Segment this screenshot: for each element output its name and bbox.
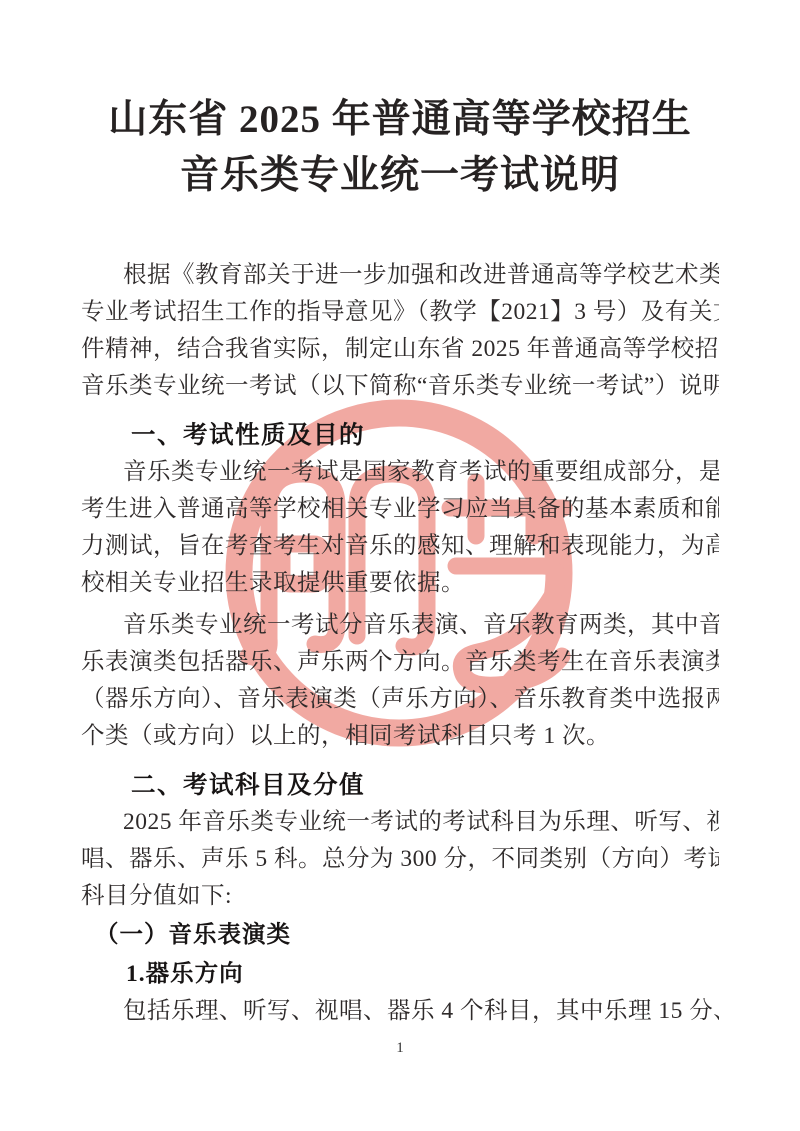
section-heading: 一、考试性质及目的 — [81, 417, 719, 454]
paragraph-line: 音乐类专业统一考试分音乐表演、音乐教育两类，其中音 — [81, 607, 719, 644]
paragraph-line: 校相关专业招生录取提供重要依据。 — [81, 565, 719, 602]
paragraph-line: 乐表演类包括器乐、声乐两个方向。音乐类考生在音乐表演类 — [81, 644, 719, 681]
paragraph-line: 科目分值如下: — [81, 878, 719, 915]
page-number: 1 — [81, 1040, 719, 1057]
section-heading: 二、考试科目及分值 — [81, 767, 719, 804]
paragraph-line: 音乐类专业统一考试是国家教育考试的重要组成部分，是 — [81, 454, 719, 491]
paragraph-line: 个类（或方向）以上的，相同考试科目只考 1 次。 — [81, 718, 719, 755]
paragraph-line: 件精神，结合我省实际，制定山东省 2025 年普通高等学校招生 — [81, 331, 719, 368]
paragraph-line: 音乐类专业统一考试（以下简称“音乐类专业统一考试”）说明。 — [81, 368, 719, 405]
paragraph-line: （器乐方向）、音乐表演类（声乐方向）、音乐教育类中选报两 — [81, 681, 719, 718]
paragraph-line: 唱、器乐、声乐 5 科。总分为 300 分，不同类别（方向）考试 — [81, 841, 719, 878]
document-content: 山东省 2025 年普通高等学校招生 音乐类专业统一考试说明 根据《教育部关于进… — [0, 0, 800, 1057]
doc-body: 根据《教育部关于进一步加强和改进普通高等学校艺术类专业考试招生工作的指导意见》（… — [81, 257, 719, 1030]
paragraph-line: 力测试，旨在考查考生对音乐的感知、理解和表现能力，为高 — [81, 528, 719, 565]
section-heading: 1.器乐方向 — [81, 956, 719, 993]
paragraph-line: 考生进入普通高等学校相关专业学习应当具备的基本素质和能 — [81, 491, 719, 528]
doc-title-line2: 音乐类专业统一考试说明 — [81, 148, 719, 204]
document-page: 山东省 2025 年普通高等学校招生 音乐类专业统一考试说明 根据《教育部关于进… — [0, 0, 800, 1131]
paragraph-line: 根据《教育部关于进一步加强和改进普通高等学校艺术类 — [81, 257, 719, 294]
paragraph-line: 专业考试招生工作的指导意见》（教学【2021】3 号）及有关文 — [81, 294, 719, 331]
doc-title-line1: 山东省 2025 年普通高等学校招生 — [81, 92, 719, 148]
paragraph-line: 包括乐理、听写、视唱、器乐 4 个科目，其中乐理 15 分、 — [81, 993, 719, 1030]
paragraph-line: 2025 年音乐类专业统一考试的考试科目为乐理、听写、视 — [81, 804, 719, 841]
section-heading: （一）音乐表演类 — [81, 917, 719, 954]
